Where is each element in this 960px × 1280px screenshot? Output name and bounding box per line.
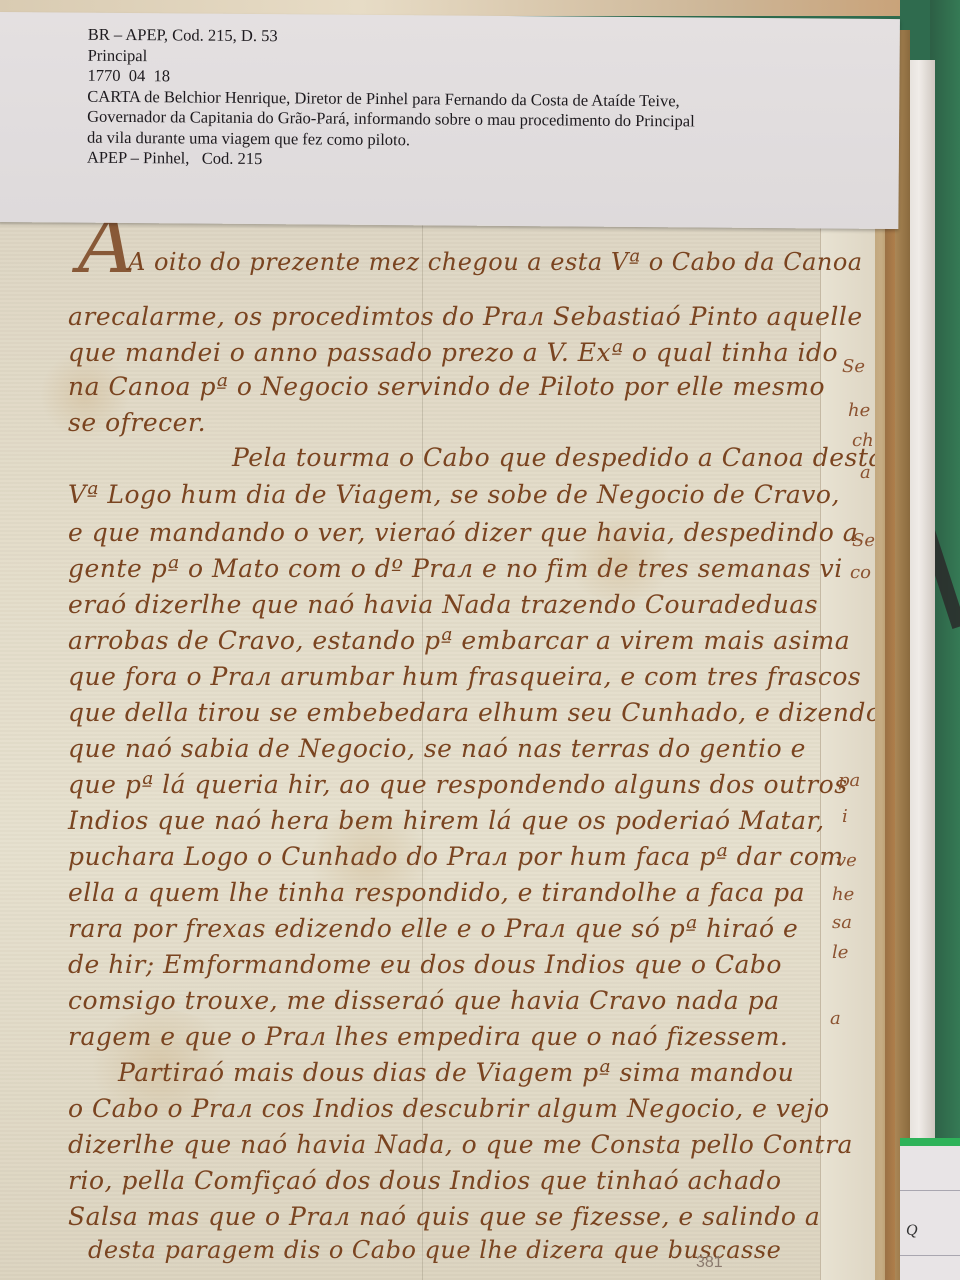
folio-number: 381 <box>696 1254 723 1272</box>
manuscript-line: que fora o Prал arumbar hum frasqueira, … <box>68 662 861 691</box>
margin-fragment: pa <box>838 770 860 791</box>
manuscript-line: dizerlhe que naó havia Nada, o que me Co… <box>68 1130 853 1159</box>
archive-catalog-label: BR – APEP, Cod. 215, D. 53 Principal 177… <box>0 12 900 229</box>
margin-fragment: a <box>860 462 871 483</box>
manuscript-line: que pª lá queria hir, ao que respondendo… <box>68 770 848 799</box>
manuscript-line: comsigo trouxe, me disseraó que havia Cr… <box>68 986 779 1015</box>
manuscript-line: A oito do prezente mez chegou a esta Vª … <box>128 248 863 276</box>
manuscript-line: rara por frexas edizendo elle e o Prал q… <box>68 914 798 943</box>
manuscript-line: que della tirou se embebedara elhum seu … <box>68 698 875 727</box>
manuscript-line: Pela tourma o Cabo que despedido a Canoa… <box>232 443 875 472</box>
index-card-rule <box>900 1255 960 1256</box>
index-card-rule <box>900 1190 960 1191</box>
manuscript-line: na Canoa pª o Negocio servindo de Piloto… <box>68 372 825 401</box>
manuscript-line: de hir; Emformandome eu dos dous Indios … <box>68 950 782 979</box>
manuscript-line: se ofrecer. <box>68 408 206 437</box>
manuscript-line: Vª Logo hum dia de Viagem, se sobe de Ne… <box>68 480 840 509</box>
manuscript-line: gente pª o Mato com o dº Prал e no fim d… <box>68 554 843 583</box>
manuscript-line: puchara Logo o Cunhado do Prал por hum f… <box>68 842 844 871</box>
manuscript-line: e que mandando o ver, vieraó dizer que h… <box>68 518 858 547</box>
margin-fragment: co <box>850 562 871 583</box>
manuscript-line: Indios que naó hera bem hirem lá que os … <box>68 806 825 835</box>
margin-fragment: i <box>842 806 848 827</box>
margin-fragment: ch <box>852 430 874 451</box>
margin-fragment: sa <box>832 912 852 933</box>
manuscript-line: o Cabo o Prал cos Indios descubrir algum… <box>68 1094 830 1123</box>
margin-fragment: Se <box>852 530 875 551</box>
index-card <box>900 1146 960 1280</box>
margin-fragment: le <box>832 942 848 963</box>
label-text-block: BR – APEP, Cod. 215, D. 53 Principal 177… <box>87 25 696 173</box>
margin-fragment: Se <box>842 356 865 377</box>
label-source: APEP – Pinhel, Cod. 215 <box>87 148 695 173</box>
manuscript-page: A A oito do prezente mez chegou a esta V… <box>0 190 875 1280</box>
manuscript-line: ragem e que o Prал lhes empedira que o n… <box>68 1022 788 1051</box>
index-card-mark: Q <box>906 1222 918 1240</box>
margin-fragment: he <box>848 400 870 421</box>
green-card-edge <box>900 1138 960 1146</box>
manuscript-line: arecalarme, os procedimtos do Prал Sebas… <box>68 302 863 331</box>
manuscript-line: eraó dizerlhe que naó havia Nada trazend… <box>68 590 818 619</box>
manuscript-line: arrobas de Cravo, estando pª embarcar a … <box>68 626 850 655</box>
margin-fragment: a <box>830 1008 841 1029</box>
manuscript-line: Salsa mas que o Prал naó quis que se fiz… <box>68 1202 820 1231</box>
manuscript-line: Partiraó mais dous dias de Viagem pª sim… <box>118 1058 794 1087</box>
manuscript-line: ella a quem lhe tinha respondido, e tira… <box>68 878 805 907</box>
margin-fragment: ve <box>836 850 857 871</box>
manuscript-line: rio, pella Comfiçaó dos dous Indios que … <box>68 1166 782 1195</box>
manuscript-line: que naó sabia de Negocio, se naó nas ter… <box>68 734 806 763</box>
manuscript-line: desta paragem dis o Cabo que lhe dizera … <box>88 1236 781 1264</box>
manuscript-line: que mandei o anno passado prezo a V. Exª… <box>68 338 838 367</box>
margin-fragment: he <box>832 884 854 905</box>
